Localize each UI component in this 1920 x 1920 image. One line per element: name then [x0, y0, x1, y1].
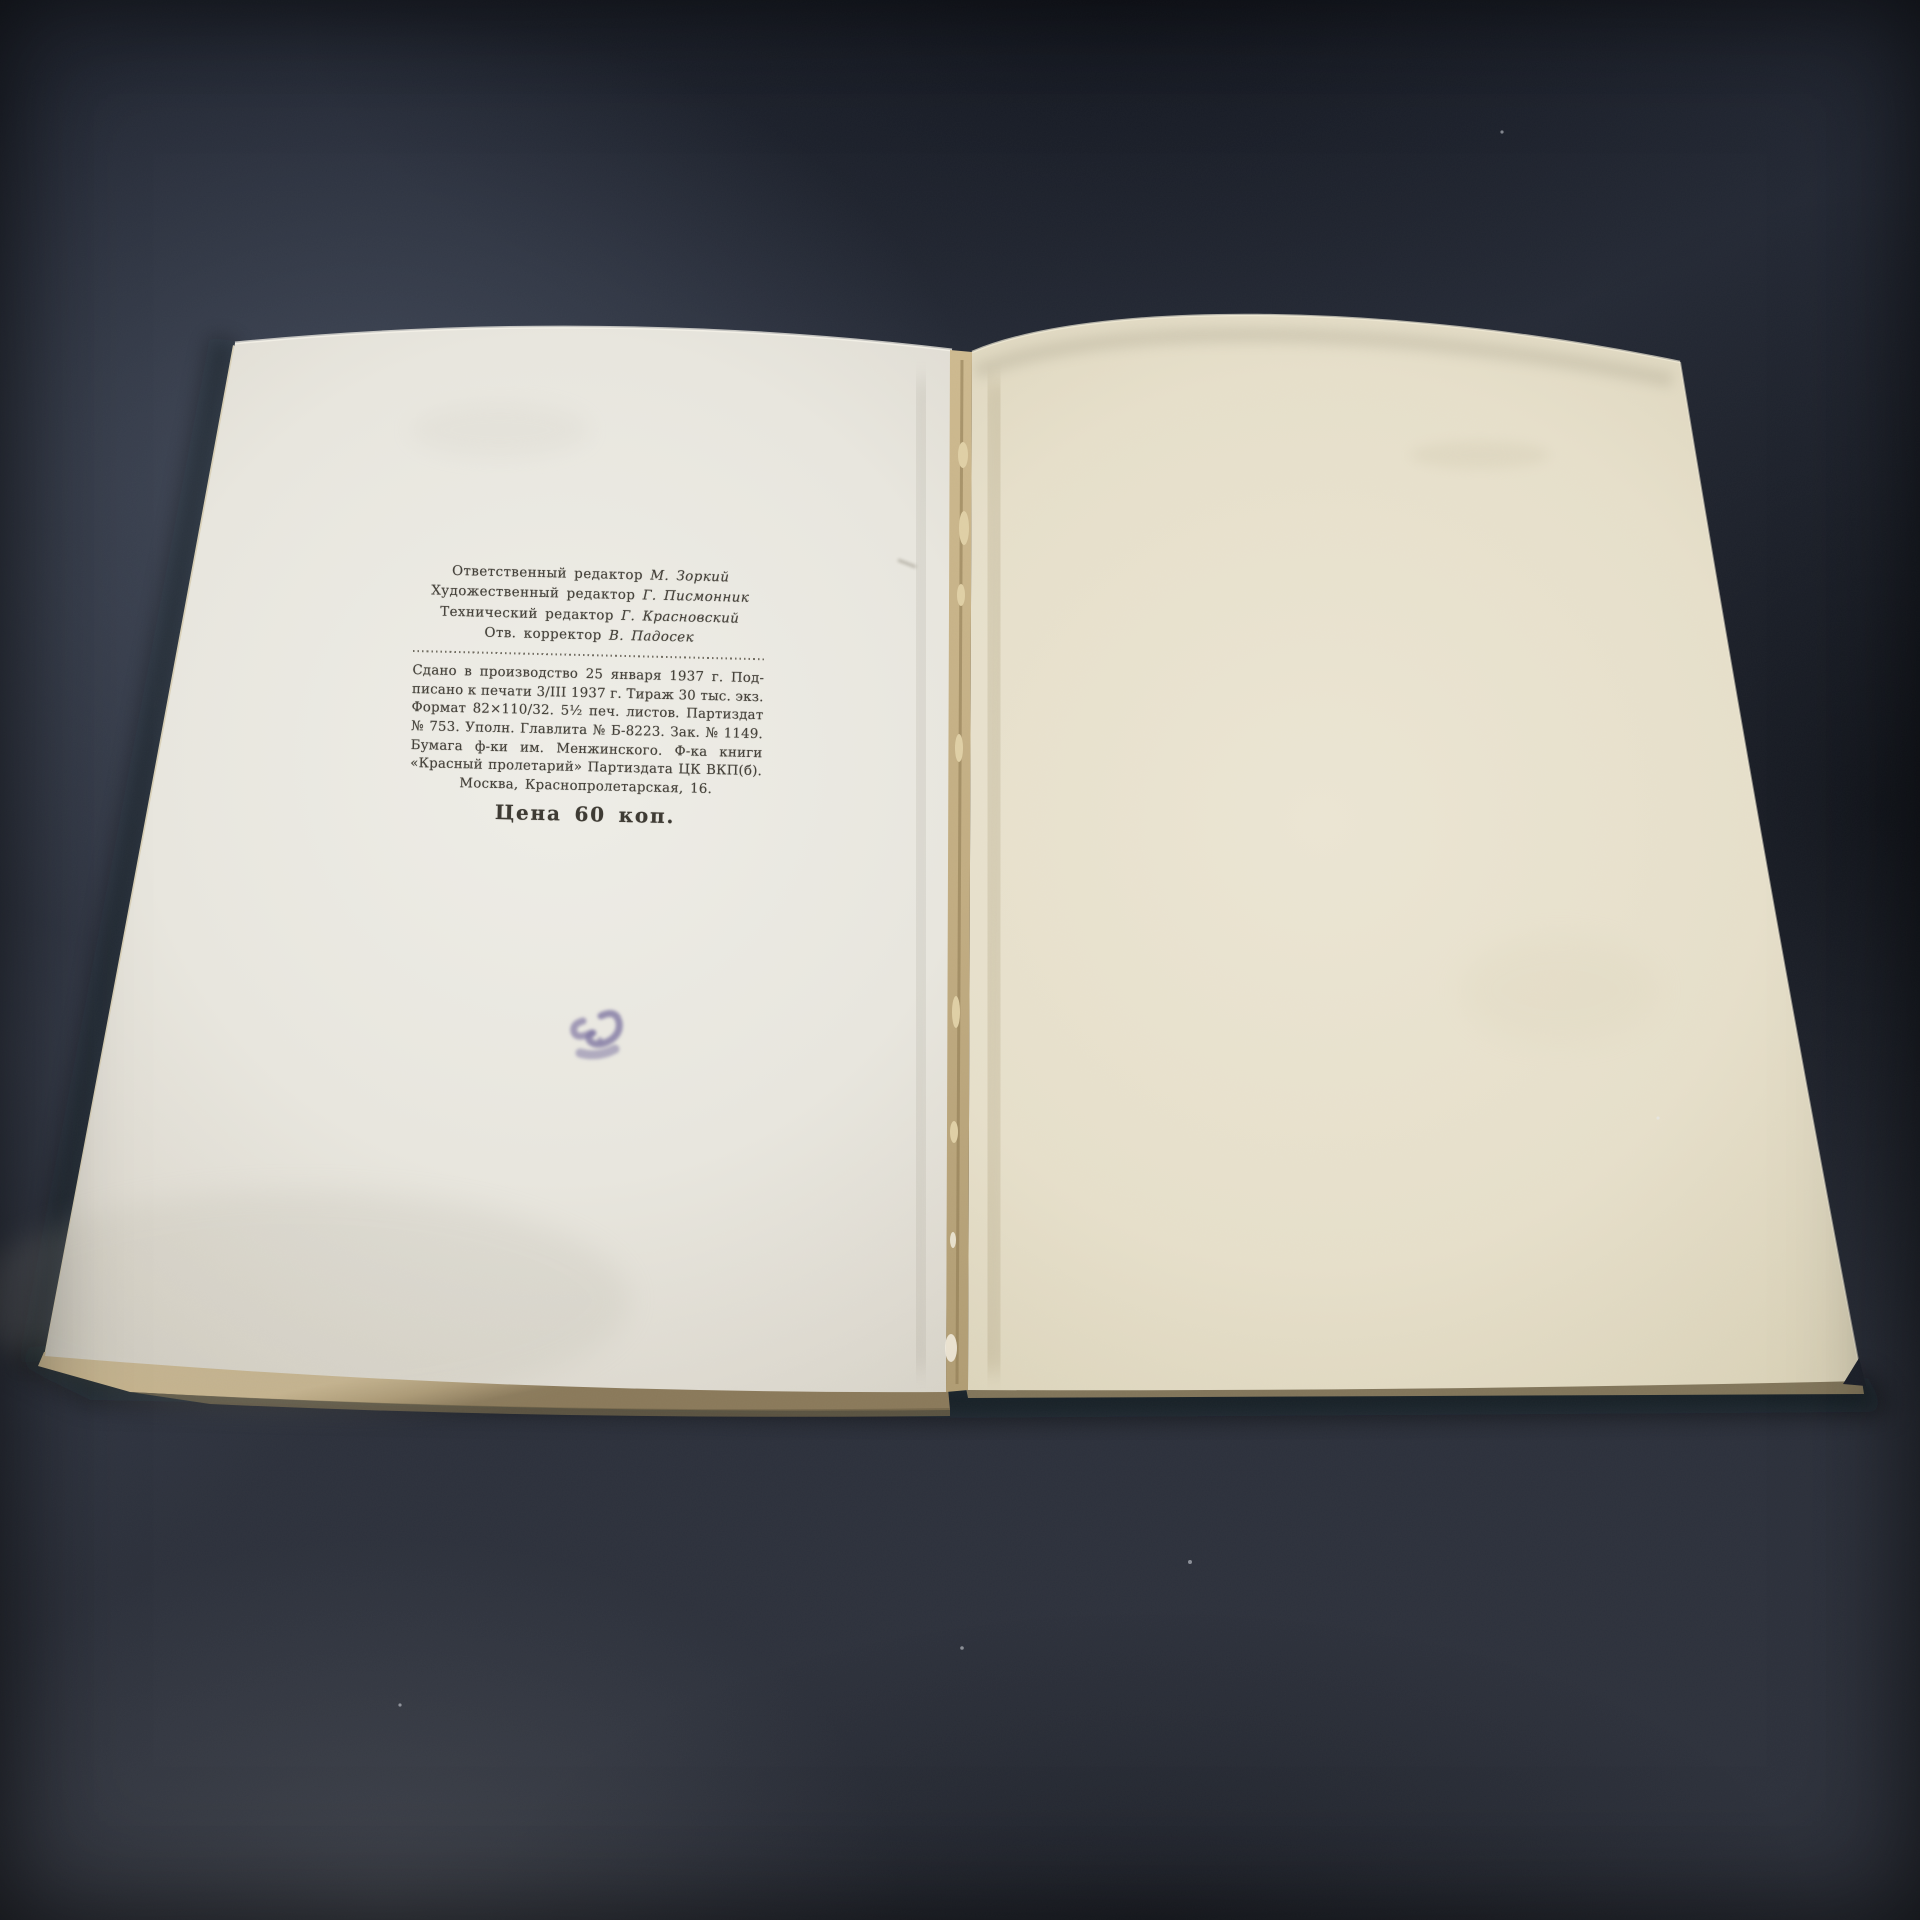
dotted-divider: [413, 650, 765, 660]
film-grain: [0, 0, 1920, 1920]
photo-scene: Ответственный редактор М. ЗоркийХудожест…: [0, 0, 1920, 1920]
book-photo: [0, 0, 1920, 1920]
colophon-block: Ответственный редактор М. ЗоркийХудожест…: [409, 561, 767, 831]
imprint-block: Сдановпроизводство25января1937г.Под-писа…: [410, 663, 765, 783]
editor-lines: Ответственный редактор М. ЗоркийХудожест…: [413, 561, 767, 650]
